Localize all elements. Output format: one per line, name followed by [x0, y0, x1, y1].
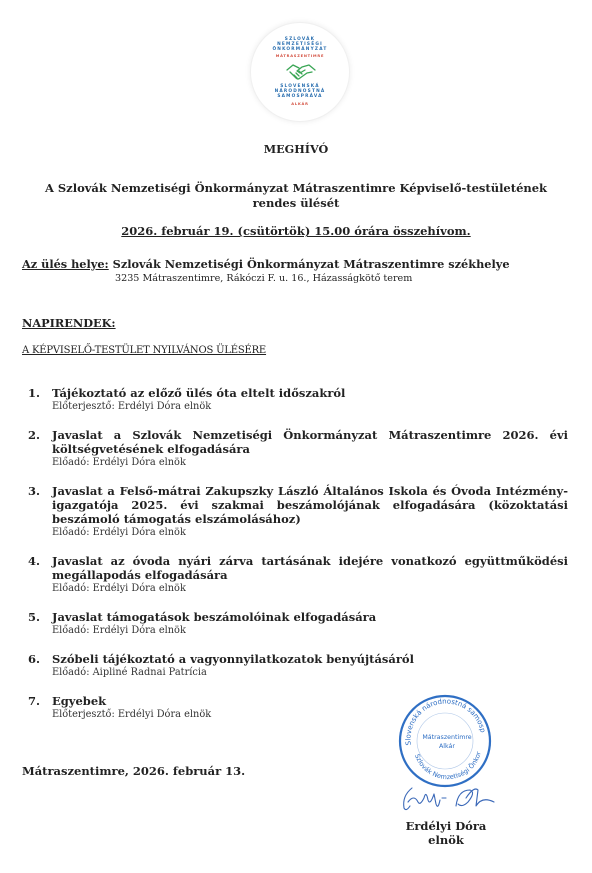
venue: Az ülés helye: Szlovák Nemzetiségi Önkor… — [22, 257, 510, 271]
agenda-item-presenter: Előadó: Erdélyi Dóra elnök — [52, 526, 568, 539]
session-title: A KÉPVISELŐ-TESTÜLET NYILVÁNOS ÜLÉSÉRE — [22, 345, 266, 356]
agenda-item-number: 2. — [28, 428, 40, 442]
document-title: MEGHÍVÓ — [0, 142, 592, 156]
agenda-item: 2. Javaslat a Szlovák Nemzetiségi Önkorm… — [28, 428, 568, 469]
signer-name: Erdélyi Dóra — [396, 819, 496, 833]
document-subtitle: A Szlovák Nemzetiségi Önkormányzat Mátra… — [0, 181, 592, 211]
venue-label: Az ülés helye: — [22, 257, 109, 271]
agenda-item-number: 7. — [28, 694, 40, 708]
agenda-item: 1. Tájékoztató az előző ülés óta eltelt … — [28, 386, 568, 413]
agenda-item-title: Tájékoztató az előző ülés óta eltelt idő… — [52, 386, 568, 400]
signature-icon — [398, 776, 508, 816]
signer-block: Erdélyi Dóra elnök — [396, 819, 496, 847]
signer-role: elnök — [396, 833, 496, 847]
agenda-item-presenter: Előadó: Erdélyi Dóra elnök — [52, 456, 568, 469]
stamp-center-line-2: Alkár — [439, 742, 455, 750]
agenda-item-title: Javaslat az óvoda nyári zárva tartásának… — [52, 554, 568, 582]
agenda-item-number: 3. — [28, 484, 40, 498]
agenda-item-title: Javaslat a Szlovák Nemzetiségi Önkormány… — [52, 428, 568, 456]
agenda-item-number: 6. — [28, 652, 40, 666]
agenda-item-title: Szóbeli tájékoztató a vagyonnyilatkozato… — [52, 652, 568, 666]
agenda-item: 6. Szóbeli tájékoztató a vagyonnyilatkoz… — [28, 652, 568, 679]
agenda-item-title: Javaslat támogatások beszámolóinak elfog… — [52, 610, 568, 624]
subtitle-line-1: A Szlovák Nemzetiségi Önkormányzat Mátra… — [0, 181, 592, 196]
agenda-item: 5. Javaslat támogatások beszámolóinak el… — [28, 610, 568, 637]
venue-name: Szlovák Nemzetiségi Önkormányzat Mátrasz… — [113, 257, 510, 271]
agenda-item-presenter: Előadó: Erdélyi Dóra elnök — [52, 582, 568, 595]
handshake-icon — [285, 61, 317, 83]
logo-bottom-place: ALKÁR — [251, 102, 349, 107]
agenda-heading: NAPIRENDEK: — [22, 316, 116, 330]
place-and-date: Mátraszentimre, 2026. február 13. — [22, 764, 245, 778]
agenda-item-number: 4. — [28, 554, 40, 568]
official-stamp-icon: Slovenská národnostná samospráva Szlovák… — [397, 693, 493, 789]
agenda-item-presenter: Előadó: Erdélyi Dóra elnök — [52, 624, 568, 637]
agenda-item: 4. Javaslat az óvoda nyári zárva tartásá… — [28, 554, 568, 595]
agenda-item: 3. Javaslat a Felső-mátrai Zakupszky Lás… — [28, 484, 568, 539]
stamp-center-line-1: Mátraszentimre — [422, 733, 471, 741]
invitation-document: SZLOVÁK NEMZETISÉGI ÖNKORMÁNYZAT MÁTRASZ… — [0, 0, 592, 873]
logo-bottom-line-3: SAMOSPRÁVA — [251, 94, 349, 99]
agenda-item-title: Javaslat a Felső-mátrai Zakupszky László… — [52, 484, 568, 526]
agenda-item-number: 5. — [28, 610, 40, 624]
organization-logo: SZLOVÁK NEMZETISÉGI ÖNKORMÁNYZAT MÁTRASZ… — [250, 22, 350, 122]
agenda-item-number: 1. — [28, 386, 40, 400]
subtitle-line-2: rendes ülését — [0, 196, 592, 211]
agenda-item-presenter: Előterjesztő: Erdélyi Dóra elnök — [52, 400, 568, 413]
logo-top-line-3: ÖNKORMÁNYZAT — [251, 47, 349, 52]
agenda-item-presenter: Előadó: Aipliné Radnai Patrícia — [52, 666, 568, 679]
venue-address: 3235 Mátraszentimre, Rákóczi F. u. 16., … — [115, 273, 412, 284]
agenda-list: 1. Tájékoztató az előző ülés óta eltelt … — [28, 386, 568, 721]
logo-top-place: MÁTRASZENTIMRE — [251, 54, 349, 59]
meeting-datetime: 2026. február 19. (csütörtök) 15.00 órár… — [0, 224, 592, 238]
